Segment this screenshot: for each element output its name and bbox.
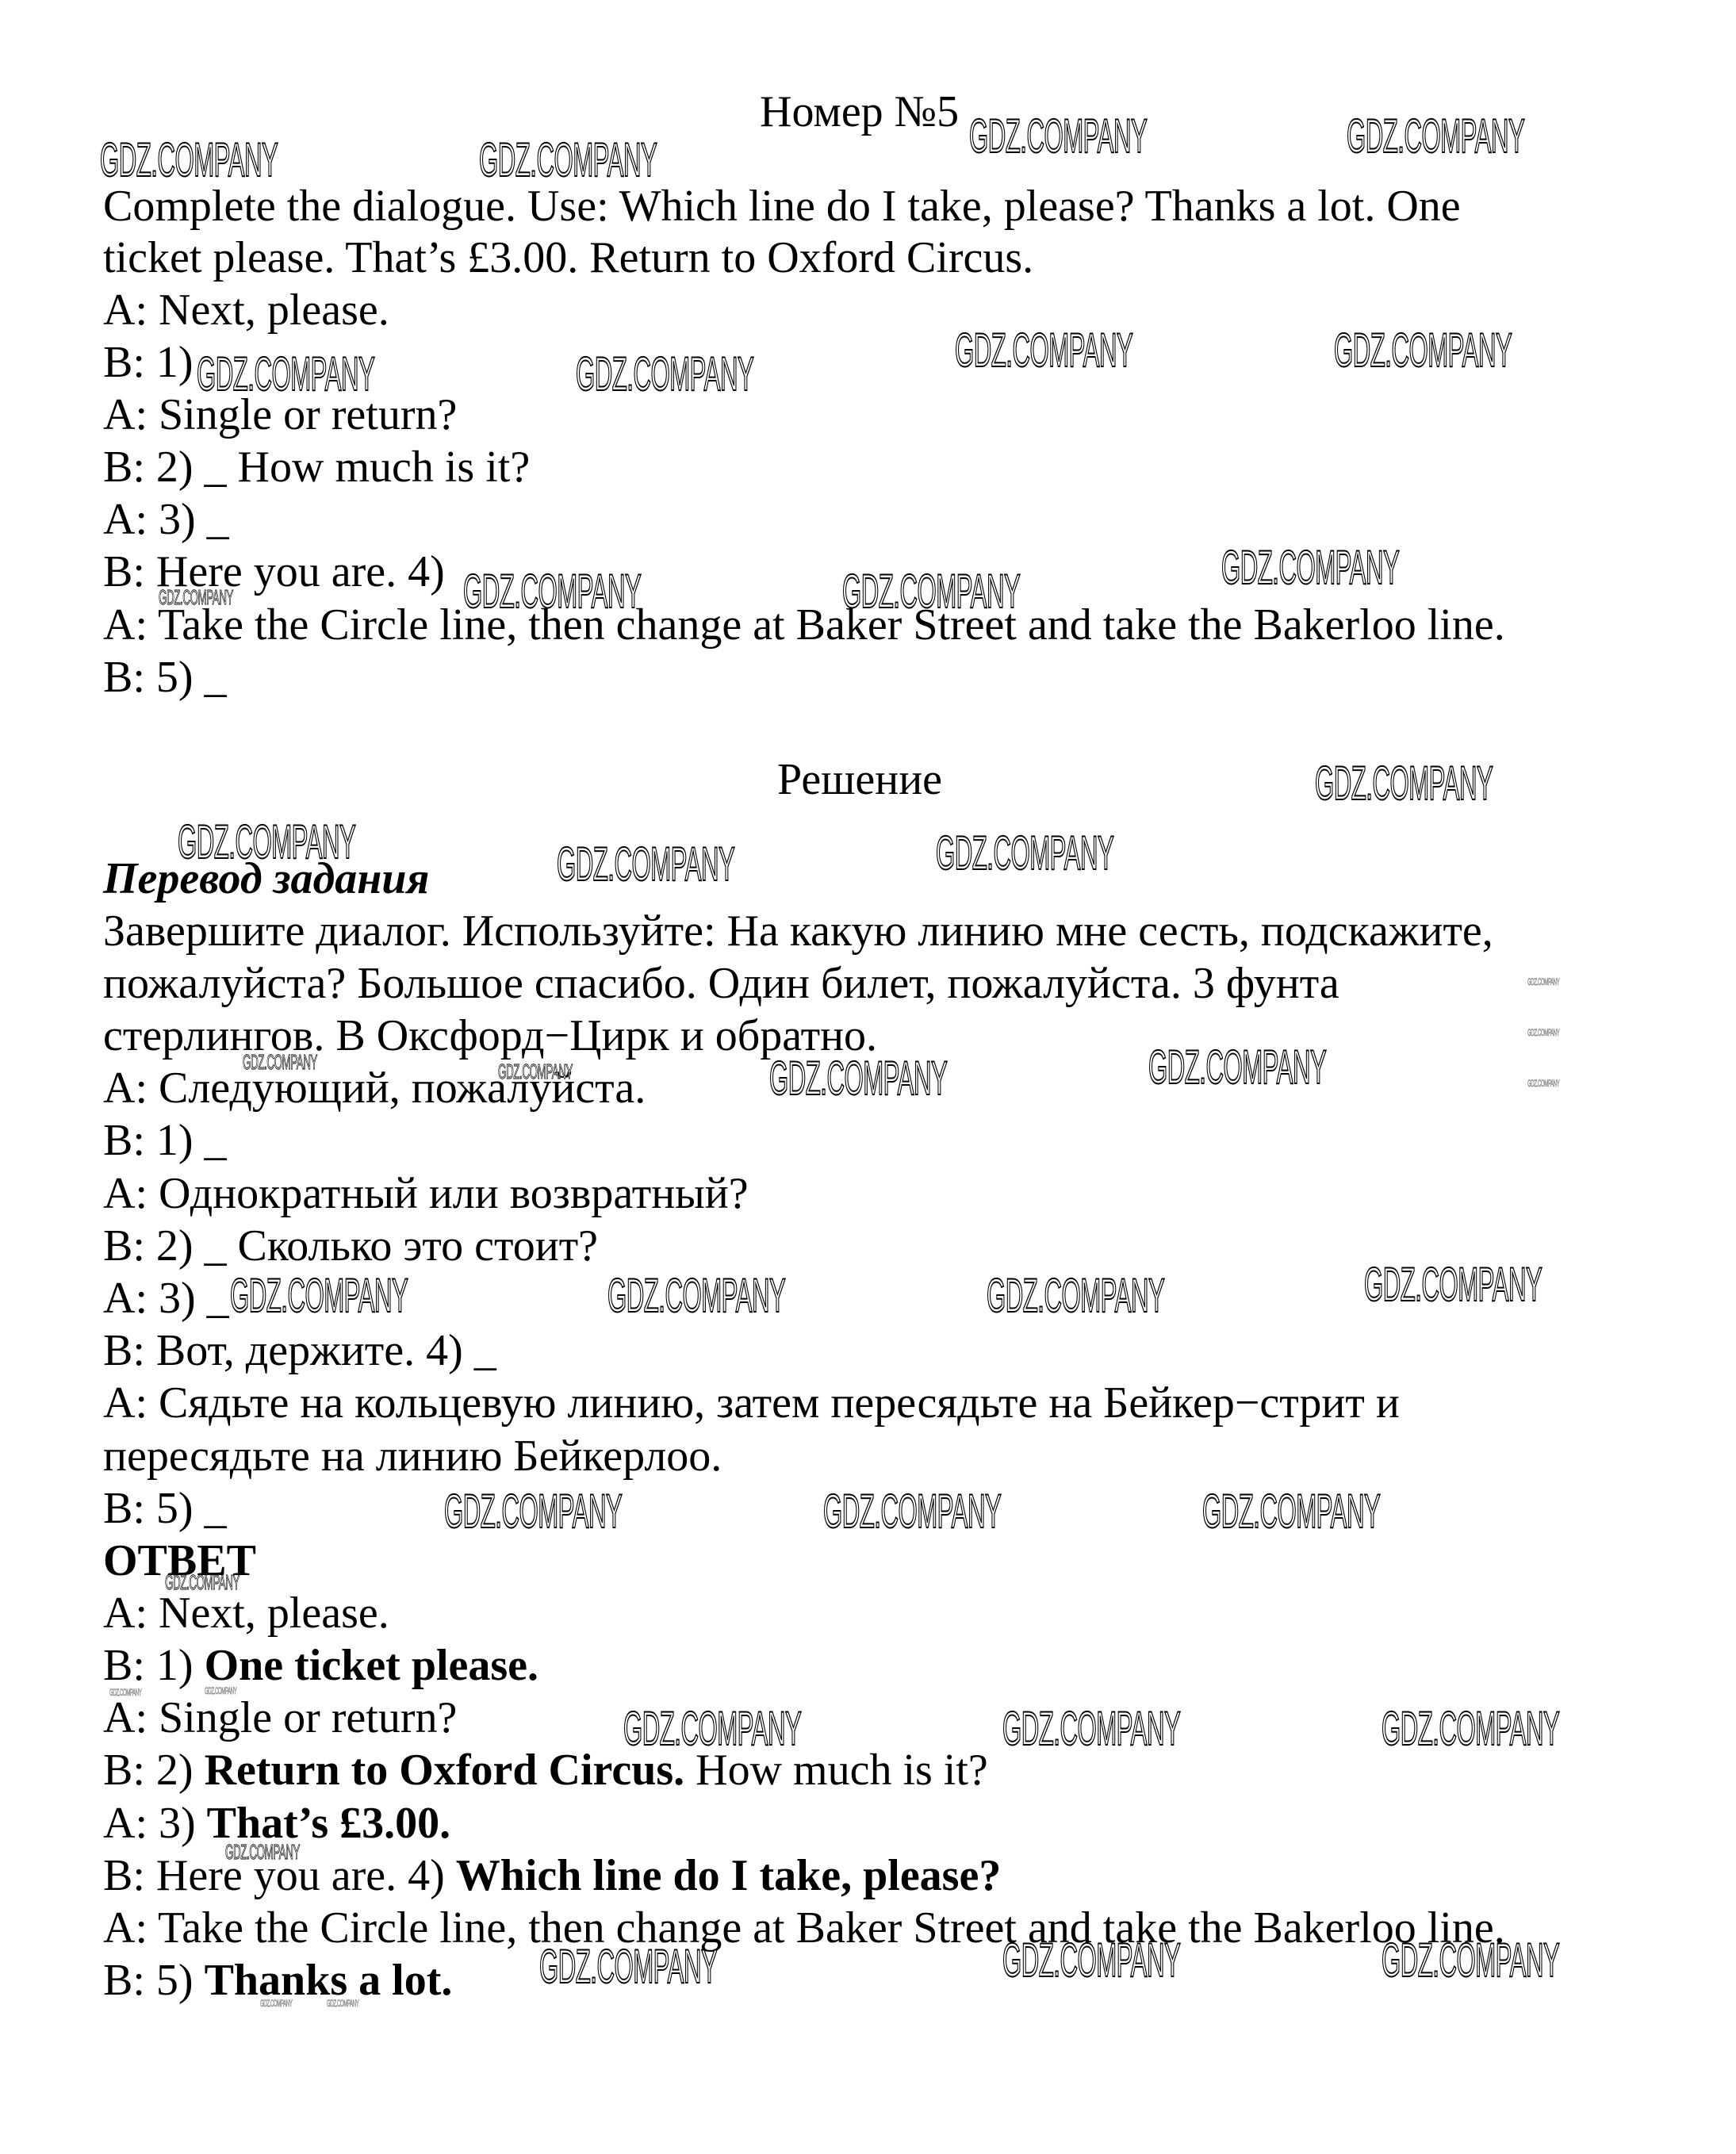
watermark: GDZ.COMPANY xyxy=(969,113,1147,160)
translation-line: Завершите диалог. Используйте: На какую … xyxy=(103,905,1493,957)
dialogue-line: B: 1) xyxy=(103,336,194,389)
watermark-tiny: GDZ.COMPANY xyxy=(205,1686,236,1696)
answer-line: B: 2) Return to Oxford Circus. How much … xyxy=(103,1744,988,1796)
dialogue-line: B: 5) _ xyxy=(103,651,227,703)
translation-line: A: Сядьте на кольцевую линию, затем пере… xyxy=(103,1377,1400,1429)
watermark: GDZ.COMPANY xyxy=(197,351,374,398)
dialogue-line: A: Next, please. xyxy=(103,284,389,336)
watermark: GDZ.COMPANY xyxy=(230,1272,408,1320)
watermark: GDZ.COMPANY xyxy=(576,351,753,398)
answer-filled: One ticket please. xyxy=(205,1641,538,1690)
answer-line: A: Next, please. xyxy=(103,1587,389,1639)
watermark: GDZ.COMPANY xyxy=(1315,760,1493,807)
solution-heading: Решение xyxy=(777,753,942,806)
watermark-tiny: GDZ.COMPANY xyxy=(1527,1028,1559,1037)
answer-filled: Which line do I take, please? xyxy=(456,1851,1002,1900)
answer-prefix: B: 1) xyxy=(103,1641,205,1690)
translation-line: B: 1) _ xyxy=(103,1114,227,1167)
translation-line: пересядьте на линию Бейкерлоо. xyxy=(103,1430,722,1482)
watermark: GDZ.COMPANY xyxy=(539,1943,717,1991)
watermark-small: GDZ.COMPANY xyxy=(498,1061,573,1082)
answer-prefix: A: Next, please. xyxy=(103,1589,389,1638)
translation-line: пожалуйста? Большое спасибо. Один билет,… xyxy=(103,957,1339,1010)
answer-prefix: A: Single or return? xyxy=(103,1693,457,1742)
watermark: GDZ.COMPANY xyxy=(1148,1044,1326,1091)
watermark-tiny: GDZ.COMPANY xyxy=(260,1999,292,2008)
dialogue-line: A: Take the Circle line, then change at … xyxy=(103,599,1505,651)
watermark: GDZ.COMPANY xyxy=(623,1705,801,1753)
watermark: GDZ.COMPANY xyxy=(607,1272,785,1320)
watermark: GDZ.COMPANY xyxy=(936,830,1113,877)
answer-line: A: Single or return? xyxy=(103,1692,457,1744)
watermark: GDZ.COMPANY xyxy=(1221,544,1399,592)
watermark: GDZ.COMPANY xyxy=(987,1272,1164,1320)
dialogue-line: B: Here you are. 4) xyxy=(103,546,445,598)
watermark: GDZ.COMPANY xyxy=(823,1488,1001,1535)
watermark: GDZ.COMPANY xyxy=(955,327,1132,374)
watermark-small: GDZ.COMPANY xyxy=(243,1052,317,1072)
translation-line: B: 5) _ xyxy=(103,1482,227,1535)
watermark-tiny: GDZ.COMPANY xyxy=(327,1999,358,2008)
watermark: GDZ.COMPANY xyxy=(1382,1705,1559,1753)
watermark-small: GDZ.COMPANY xyxy=(159,587,233,607)
translation-line: B: Вот, держите. 4) _ xyxy=(103,1324,496,1377)
watermark: GDZ.COMPANY xyxy=(1002,1705,1180,1753)
task-instruction-line-1: Complete the dialogue. Use: Which line d… xyxy=(103,180,1461,232)
watermark: GDZ.COMPANY xyxy=(1382,1937,1559,1984)
task-instruction-line-2: ticket please. That’s £3.00. Return to O… xyxy=(103,232,1033,284)
watermark: GDZ.COMPANY xyxy=(1347,113,1524,160)
watermark-tiny: GDZ.COMPANY xyxy=(1527,1079,1559,1088)
answer-prefix: A: Take the Circle line, then change at … xyxy=(103,1903,1505,1953)
watermark: GDZ.COMPANY xyxy=(557,841,734,888)
page-title: Номер №5 xyxy=(760,86,959,138)
translation-line: B: 2) _ Сколько это стоит? xyxy=(103,1220,598,1272)
answer-line: A: Take the Circle line, then change at … xyxy=(103,1902,1505,1954)
answer-prefix: A: 3) xyxy=(103,1799,207,1848)
watermark: GDZ.COMPANY xyxy=(100,136,278,184)
translation-line: стерлингов. В Оксфорд−Цирк и обратно. xyxy=(103,1010,877,1062)
watermark: GDZ.COMPANY xyxy=(842,568,1020,615)
dialogue-line: B: 2) _ How much is it? xyxy=(103,441,530,493)
watermark-tiny: GDZ.COMPANY xyxy=(1527,977,1559,987)
watermark: GDZ.COMPANY xyxy=(444,1488,622,1535)
translation-line: A: 3) _ xyxy=(103,1272,229,1324)
watermark: GDZ.COMPANY xyxy=(1334,327,1512,374)
watermark-small: GDZ.COMPANY xyxy=(165,1572,240,1593)
watermark: GDZ.COMPANY xyxy=(769,1055,947,1102)
watermark: GDZ.COMPANY xyxy=(479,136,657,184)
answer-filled: Return to Oxford Circus. xyxy=(205,1746,685,1795)
dialogue-line: A: 3) _ xyxy=(103,493,229,546)
watermark: GDZ.COMPANY xyxy=(1202,1488,1380,1535)
translation-line: A: Однократный или возвратный? xyxy=(103,1167,749,1220)
watermark: GDZ.COMPANY xyxy=(1364,1261,1542,1309)
watermark-small: GDZ.COMPANY xyxy=(225,1842,300,1862)
watermark: GDZ.COMPANY xyxy=(178,818,355,866)
watermark: GDZ.COMPANY xyxy=(1002,1937,1180,1984)
answer-prefix: B: 2) xyxy=(103,1746,205,1795)
watermark: GDZ.COMPANY xyxy=(463,568,641,615)
answer-prefix: B: 5) xyxy=(103,1956,205,2005)
watermark-tiny: GDZ.COMPANY xyxy=(109,1688,141,1697)
answer-line: B: 1) One ticket please. xyxy=(103,1639,538,1692)
